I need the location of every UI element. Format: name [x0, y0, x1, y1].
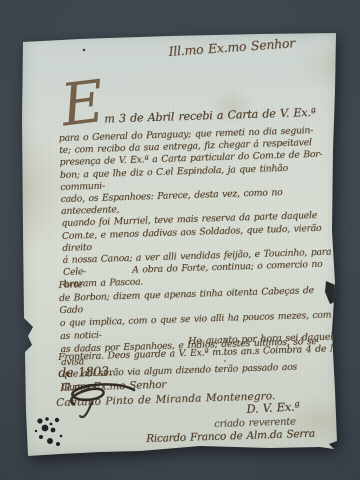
signature: Ricardo Franco de Alm.da Serra: [146, 428, 315, 445]
ink-speck: [83, 49, 86, 52]
manuscript-paper: Ill.mo Ex.mo Senhor E m 3 de Abril receb…: [20, 31, 340, 459]
letterhead-salutation: Ill.mo Ex.mo Senhor: [168, 35, 295, 59]
date-line: de 1803.: [58, 363, 113, 380]
ink-blot: [35, 417, 63, 446]
paper-shadow-wrap: Ill.mo Ex.mo Senhor E m 3 de Abril receb…: [0, 0, 360, 480]
manuscript-photo: Ill.mo Ex.mo Senhor E m 3 de Abril receb…: [0, 0, 360, 480]
signoff-courtesy: D. V. Ex.ª: [246, 399, 300, 416]
